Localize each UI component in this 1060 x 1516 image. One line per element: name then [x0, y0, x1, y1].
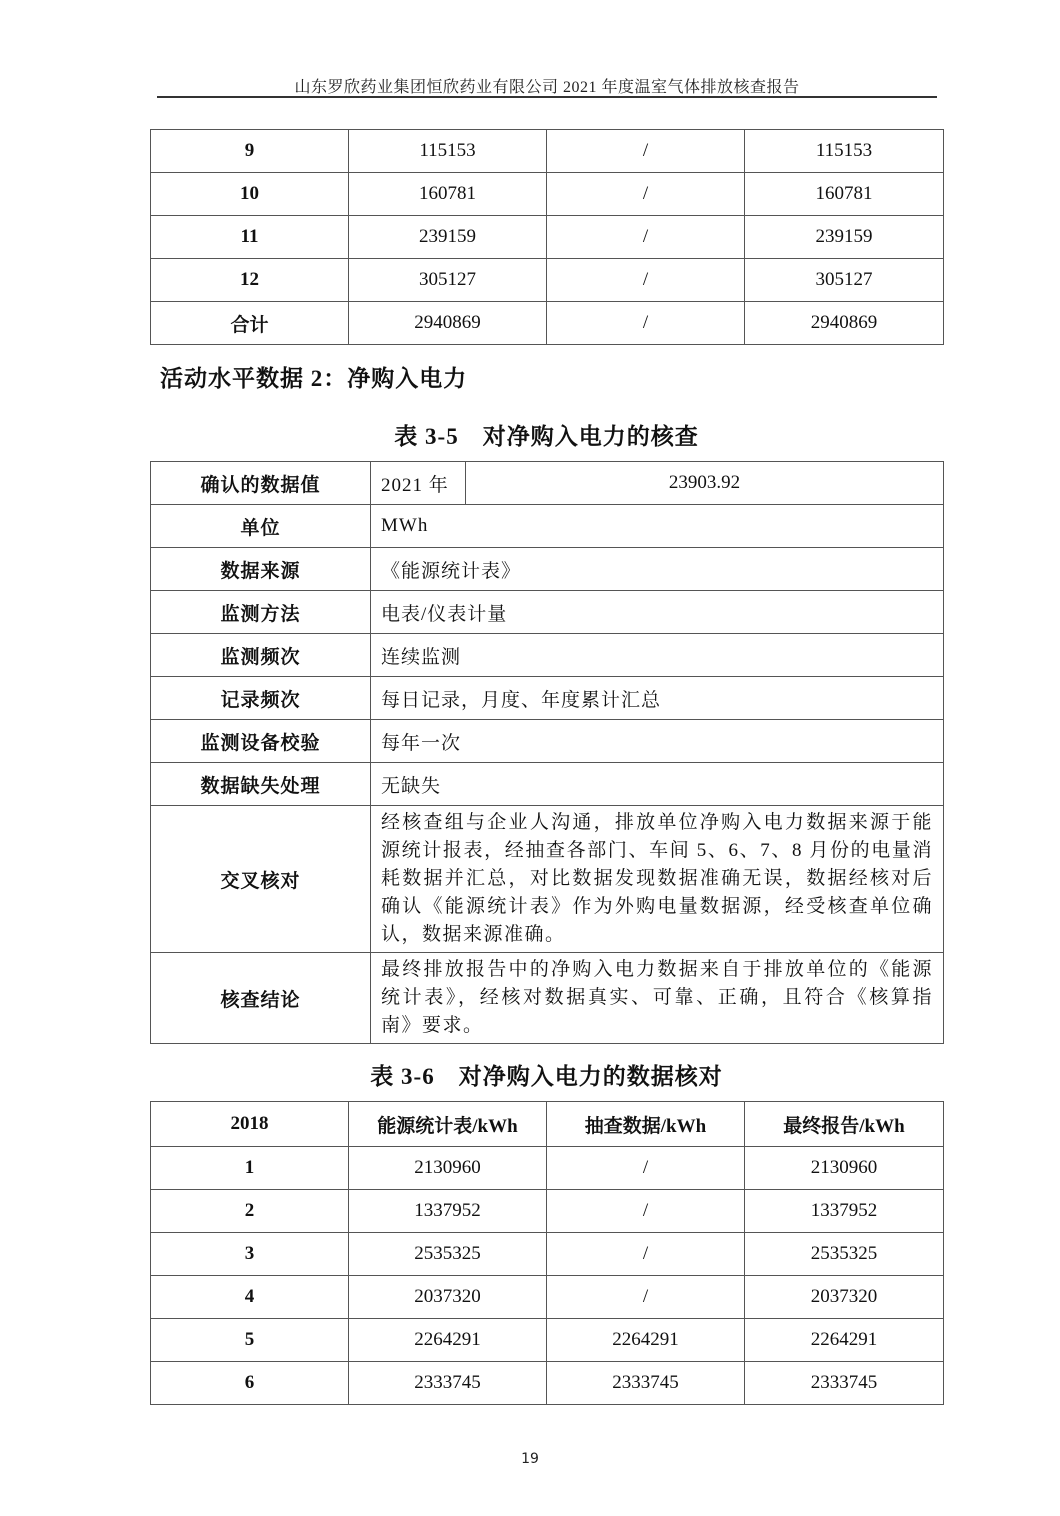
- value-cell: 2130960: [745, 1147, 944, 1190]
- month-cell: 3: [151, 1233, 349, 1276]
- monthly-data-table-continued: 9 115153 / 115153 10 160781 / 160781 11 …: [150, 129, 944, 345]
- value-cell: 2940869: [745, 302, 944, 345]
- row-label: 监测方法: [151, 591, 371, 634]
- table-row: 6 2333745 2333745 2333745: [151, 1362, 944, 1405]
- table-row: 数据缺失处理 无缺失: [151, 763, 944, 806]
- value-cell: 2264291: [547, 1319, 745, 1362]
- value-cell: 115153: [745, 130, 944, 173]
- confirmed-value-cell: 23903.92: [466, 462, 944, 505]
- month-cell: 10: [151, 173, 349, 216]
- table-row: 交叉核对 经核查组与企业人沟通，排放单位净购入电力数据来源于能源统计报表，经抽查…: [151, 806, 944, 953]
- value-cell: 2940869: [349, 302, 547, 345]
- row-label: 监测频次: [151, 634, 371, 677]
- value-cell: 2535325: [745, 1233, 944, 1276]
- value-cell: /: [547, 216, 745, 259]
- row-value: 每年一次: [371, 720, 944, 763]
- conclusion-text: 最终排放报告中的净购入电力数据来自于排放单位的《能源统计表》，经核对数据真实、可…: [371, 953, 944, 1044]
- month-cell: 5: [151, 1319, 349, 1362]
- table-row: 1 2130960 / 2130960: [151, 1147, 944, 1190]
- row-value: 连续监测: [371, 634, 944, 677]
- value-cell: 2333745: [745, 1362, 944, 1405]
- section-heading: 活动水平数据 2：净购入电力: [160, 360, 467, 393]
- table-row: 11 239159 / 239159: [151, 216, 944, 259]
- value-cell: /: [547, 259, 745, 302]
- value-cell: 305127: [745, 259, 944, 302]
- row-value: MWh: [371, 505, 944, 548]
- table-row: 单位 MWh: [151, 505, 944, 548]
- value-cell: 2333745: [547, 1362, 745, 1405]
- table-row: 10 160781 / 160781: [151, 173, 944, 216]
- table-row: 3 2535325 / 2535325: [151, 1233, 944, 1276]
- row-label: 交叉核对: [151, 806, 371, 953]
- table-row: 9 115153 / 115153: [151, 130, 944, 173]
- table-row: 监测方法 电表/仪表计量: [151, 591, 944, 634]
- page-header-title: 山东罗欣药业集团恒欣药业有限公司 2021 年度温室气体排放核查报告: [157, 74, 937, 97]
- value-cell: 1337952: [349, 1190, 547, 1233]
- value-cell: 160781: [349, 173, 547, 216]
- table-caption: 表 3-6 对净购入电力的数据核对: [150, 1058, 943, 1091]
- month-cell: 1: [151, 1147, 349, 1190]
- table-row: 记录频次 每日记录，月度、年度累计汇总: [151, 677, 944, 720]
- table-row: 监测设备校验 每年一次: [151, 720, 944, 763]
- row-label: 数据来源: [151, 548, 371, 591]
- table-row: 数据来源 《能源统计表》: [151, 548, 944, 591]
- month-cell: 12: [151, 259, 349, 302]
- net-purchased-electricity-data-table: 2018 能源统计表/kWh 抽查数据/kWh 最终报告/kWh 1 21309…: [150, 1101, 944, 1405]
- value-cell: /: [547, 130, 745, 173]
- value-cell: 1337952: [745, 1190, 944, 1233]
- value-cell: /: [547, 1147, 745, 1190]
- row-label: 单位: [151, 505, 371, 548]
- row-label: 监测设备校验: [151, 720, 371, 763]
- month-cell: 11: [151, 216, 349, 259]
- table-row: 4 2037320 / 2037320: [151, 1276, 944, 1319]
- row-label: 记录频次: [151, 677, 371, 720]
- value-cell: 305127: [349, 259, 547, 302]
- value-cell: /: [547, 1276, 745, 1319]
- value-cell: /: [547, 173, 745, 216]
- table-row: 确认的数据值 2021 年 23903.92: [151, 462, 944, 505]
- total-label-cell: 合计: [151, 302, 349, 345]
- table-header-row: 2018 能源统计表/kWh 抽查数据/kWh 最终报告/kWh: [151, 1102, 944, 1147]
- table-row-total: 合计 2940869 / 2940869: [151, 302, 944, 345]
- value-cell: /: [547, 302, 745, 345]
- column-header: 抽查数据/kWh: [547, 1102, 745, 1147]
- value-cell: /: [547, 1233, 745, 1276]
- value-cell: 2130960: [349, 1147, 547, 1190]
- table-row: 5 2264291 2264291 2264291: [151, 1319, 944, 1362]
- column-header: 2018: [151, 1102, 349, 1147]
- table-row: 监测频次 连续监测: [151, 634, 944, 677]
- row-label: 数据缺失处理: [151, 763, 371, 806]
- column-header: 最终报告/kWh: [745, 1102, 944, 1147]
- month-cell: 9: [151, 130, 349, 173]
- table-row: 2 1337952 / 1337952: [151, 1190, 944, 1233]
- value-cell: 160781: [745, 173, 944, 216]
- row-value: 电表/仪表计量: [371, 591, 944, 634]
- row-label: 核查结论: [151, 953, 371, 1044]
- page-number: 19: [0, 1451, 1060, 1467]
- value-cell: 2037320: [349, 1276, 547, 1319]
- value-cell: 115153: [349, 130, 547, 173]
- value-cell: 239159: [349, 216, 547, 259]
- cross-check-text: 经核查组与企业人沟通，排放单位净购入电力数据来源于能源统计报表，经抽查各部门、车…: [371, 806, 944, 953]
- value-cell: /: [547, 1190, 745, 1233]
- value-cell: 2037320: [745, 1276, 944, 1319]
- month-cell: 6: [151, 1362, 349, 1405]
- row-value: 无缺失: [371, 763, 944, 806]
- row-label: 确认的数据值: [151, 462, 371, 505]
- year-cell: 2021 年: [371, 462, 466, 505]
- net-purchased-electricity-check-table: 确认的数据值 2021 年 23903.92 单位 MWh 数据来源 《能源统计…: [150, 461, 944, 1044]
- table-row: 核查结论 最终排放报告中的净购入电力数据来自于排放单位的《能源统计表》，经核对数…: [151, 953, 944, 1044]
- value-cell: 2264291: [745, 1319, 944, 1362]
- month-cell: 4: [151, 1276, 349, 1319]
- table-row: 12 305127 / 305127: [151, 259, 944, 302]
- value-cell: 2264291: [349, 1319, 547, 1362]
- row-value: 《能源统计表》: [371, 548, 944, 591]
- value-cell: 2333745: [349, 1362, 547, 1405]
- value-cell: 239159: [745, 216, 944, 259]
- value-cell: 2535325: [349, 1233, 547, 1276]
- row-value: 每日记录，月度、年度累计汇总: [371, 677, 944, 720]
- month-cell: 2: [151, 1190, 349, 1233]
- column-header: 能源统计表/kWh: [349, 1102, 547, 1147]
- header-divider: [157, 96, 937, 98]
- table-caption: 表 3-5 对净购入电力的核查: [150, 418, 943, 451]
